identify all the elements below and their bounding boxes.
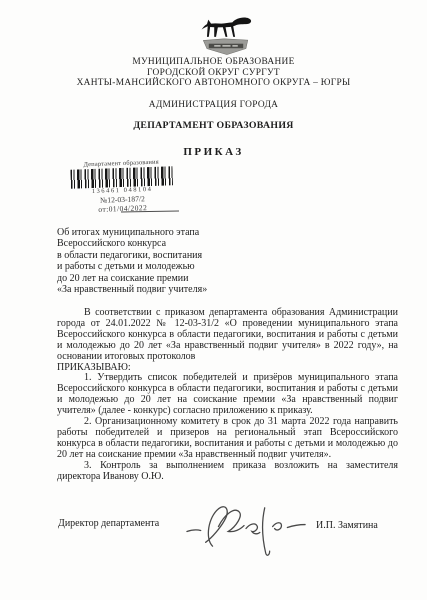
stamp-underline — [121, 210, 179, 212]
subject-line: «За нравственный подвиг учителя» — [57, 284, 287, 295]
administration-title: АДМИНИСТРАЦИЯ ГОРОДА — [0, 100, 427, 110]
order-body: В соответствии с приказом департамента о… — [57, 308, 398, 483]
department-title: ДЕПАРТАМЕНТ ОБРАЗОВАНИЯ — [0, 120, 427, 131]
org-name-line-2: ГОРОДСКОЙ ОКРУГ СУРГУТ — [0, 68, 427, 78]
subject-line: Об итогах муниципального этапа — [57, 227, 287, 238]
subject-line: и работы с детьми и молодежью — [57, 261, 287, 272]
order-item-1: 1. Утвердить список победителей и призёр… — [57, 373, 398, 417]
handwritten-signature-icon — [183, 496, 311, 562]
signatory-name: И.П. Замятина — [316, 520, 378, 531]
fox-emblem-icon — [197, 13, 255, 57]
subject-line: до 20 лет на соискание премии — [57, 273, 287, 284]
registration-stamp: Департамент образования 136461 048104 №1… — [57, 158, 187, 215]
order-item-3: 3. Контроль за выполнением приказа возло… — [57, 461, 398, 483]
document-subject: Об итогах муниципального этапа Всероссий… — [57, 227, 287, 295]
surgut-coat-of-arms — [197, 13, 255, 57]
subject-line: в области педагогики, воспитания — [57, 250, 287, 261]
org-name-line-3: ХАНТЫ-МАНСИЙСКОГО АВТОНОМНОГО ОКРУГА – Ю… — [0, 78, 427, 88]
scanned-order-document: МУНИЦИПАЛЬНОЕ ОБРАЗОВАНИЕ ГОРОДСКОЙ ОКРУ… — [0, 0, 427, 600]
order-item-2: 2. Организационному комитету в срок до 3… — [57, 417, 398, 461]
subject-line: Всероссийского конкурса — [57, 238, 287, 249]
intro-paragraph: В соответствии с приказом департамента о… — [57, 308, 398, 363]
document-type-title: ПРИКАЗ — [0, 146, 427, 158]
org-name-line-1: МУНИЦИПАЛЬНОЕ ОБРАЗОВАНИЕ — [0, 57, 427, 67]
signatory-title: Директор департамента — [58, 518, 159, 529]
